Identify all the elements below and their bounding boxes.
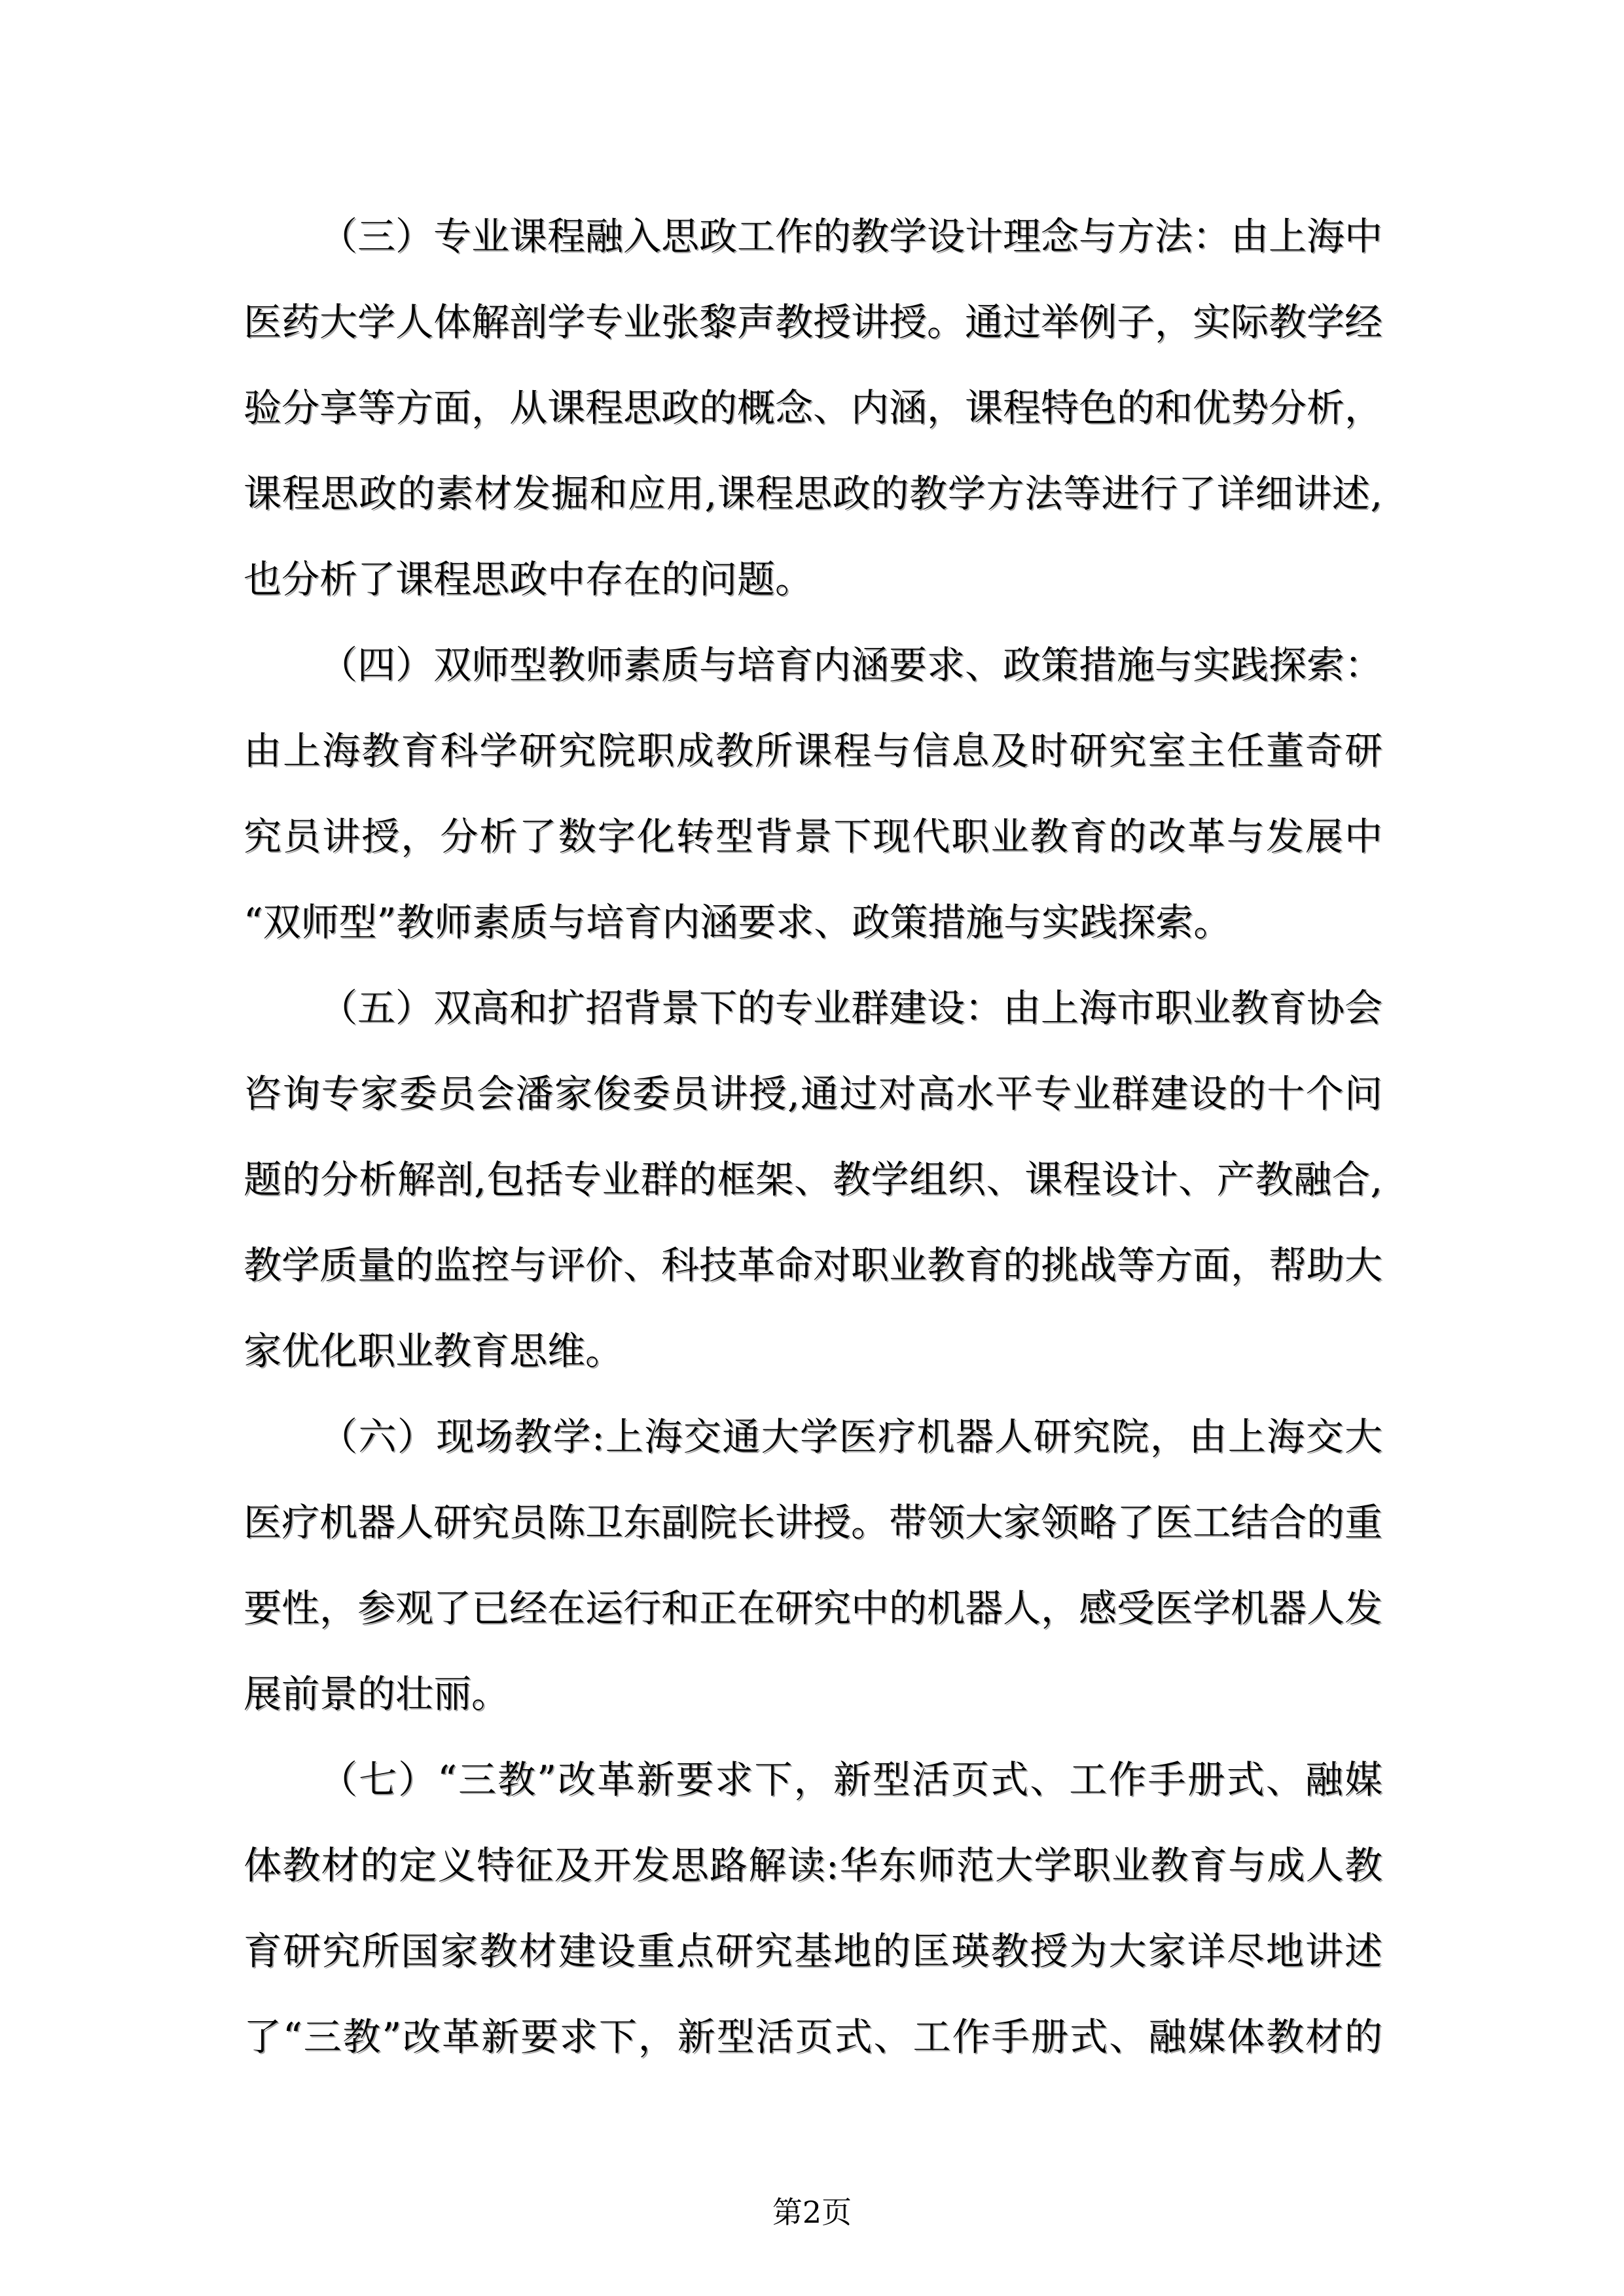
- document-page: （三）专业课程融入思政工作的教学设计理念与方法：由上海中医药大学人体解剖学专业张…: [0, 0, 1624, 2296]
- text-line: 体教材的定义特征及开发思路解读:华东师范大学职业教育与成人教: [244, 1823, 1382, 1909]
- document-body: （三）专业课程融入思政工作的教学设计理念与方法：由上海中医药大学人体解剖学专业张…: [244, 194, 1382, 2080]
- text-line: 医疗机器人研究员陈卫东副院长讲授。带领大家领略了医工结合的重: [244, 1480, 1382, 1566]
- text-line: 育研究所国家教材建设重点研究基地的匡瑛教授为大家详尽地讲述: [244, 1909, 1382, 1994]
- text-line: （七）“三教”改革新要求下，新型活页式、工作手册式、融媒: [244, 1737, 1382, 1823]
- text-line: （六）现场教学:上海交通大学医疗机器人研究院，由上海交大: [244, 1394, 1382, 1480]
- para-7: （七）“三教”改革新要求下，新型活页式、工作手册式、融媒体教材的定义特征及开发思…: [244, 1737, 1382, 2080]
- para-5: （五）双高和扩招背景下的专业群建设：由上海市职业教育协会咨询专家委员会潘家俊委员…: [244, 965, 1382, 1394]
- text-line: 了“三教”改革新要求下，新型活页式、工作手册式、融媒体教材的: [244, 1994, 1382, 2080]
- text-line: （四）双师型教师素质与培育内涵要求、政策措施与实践探索：: [244, 622, 1382, 708]
- text-line: 教学质量的监控与评价、科技革命对职业教育的挑战等方面，帮助大: [244, 1223, 1382, 1308]
- text-line: 也分析了课程思政中存在的问题。: [244, 537, 1382, 622]
- text-line: 题的分析解剖,包括专业群的框架、教学组织、课程设计、产教融合,: [244, 1137, 1382, 1223]
- para-6: （六）现场教学:上海交通大学医疗机器人研究院，由上海交大医疗机器人研究员陈卫东副…: [244, 1394, 1382, 1737]
- text-line: 咨询专家委员会潘家俊委员讲授,通过对高水平专业群建设的十个问: [244, 1051, 1382, 1137]
- page-number: 第2页: [772, 2195, 852, 2230]
- text-line: “双师型”教师素质与培育内涵要求、政策措施与实践探索。: [244, 880, 1382, 965]
- text-line: 验分享等方面，从课程思政的概念、内涵，课程特色的和优势分析，: [244, 365, 1382, 451]
- text-line: （五）双高和扩招背景下的专业群建设：由上海市职业教育协会: [244, 965, 1382, 1051]
- text-line: 课程思政的素材发掘和应用,课程思政的教学方法等进行了详细讲述,: [244, 451, 1382, 537]
- text-line: 究员讲授，分析了数字化转型背景下现代职业教育的改革与发展中: [244, 794, 1382, 880]
- para-4: （四）双师型教师素质与培育内涵要求、政策措施与实践探索：由上海教育科学研究院职成…: [244, 622, 1382, 965]
- page-footer: 第2页: [0, 2191, 1624, 2233]
- text-line: 展前景的壮丽。: [244, 1651, 1382, 1737]
- text-line: 家优化职业教育思维。: [244, 1308, 1382, 1394]
- text-line: 由上海教育科学研究院职成教所课程与信息及时研究室主任董奇研: [244, 708, 1382, 794]
- text-line: （三）专业课程融入思政工作的教学设计理念与方法：由上海中: [244, 194, 1382, 279]
- para-3: （三）专业课程融入思政工作的教学设计理念与方法：由上海中医药大学人体解剖学专业张…: [244, 194, 1382, 622]
- text-line: 医药大学人体解剖学专业张黎声教授讲授。通过举例子，实际教学经: [244, 279, 1382, 365]
- text-line: 要性，参观了已经在运行和正在研究中的机器人，感受医学机器人发: [244, 1566, 1382, 1651]
